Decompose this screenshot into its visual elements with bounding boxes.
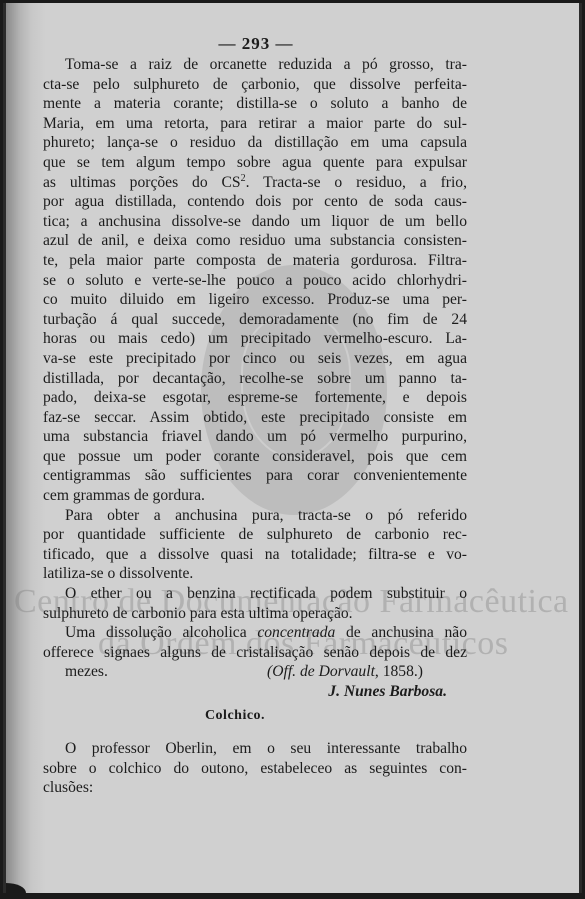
source-line: mezes. (Off. de Dorvault, 1858.) bbox=[43, 662, 467, 682]
text-line: co muito diluido em ligeiro excesso. Pro… bbox=[43, 290, 467, 310]
text-line: Toma-se a raiz de orcanette reduzida a p… bbox=[43, 55, 467, 75]
page-text-body: — 293 — Toma-se a raiz de orcanette redu… bbox=[43, 33, 467, 798]
text-line: phureto; lança-se o residuo da distillaç… bbox=[43, 133, 467, 153]
page-corner-shadow bbox=[6, 883, 26, 893]
source-separator: , bbox=[375, 663, 383, 680]
text-line: Para obter a anchusina pura, tracta-se o… bbox=[43, 506, 467, 526]
text-line: centigrammas são sufficientes para corar… bbox=[43, 466, 467, 486]
text-line: mezes. bbox=[43, 662, 108, 682]
text-line: clusões: bbox=[43, 778, 467, 798]
source-year: 1858. bbox=[383, 663, 418, 680]
paragraph-alcoholic-solution: Uma dissolução alcoholica concentrada de… bbox=[43, 623, 467, 682]
text-line: por agua distillada, contendo dois por c… bbox=[43, 192, 467, 212]
text-line: sulphureto de carbonio para esta ultima … bbox=[43, 604, 467, 624]
text-line: por quantidade sufficiente de sulphureto… bbox=[43, 525, 467, 545]
text-line: turbação á qual succede, demoradamente (… bbox=[43, 310, 467, 330]
text-segment: de anchusina não bbox=[335, 624, 467, 641]
text-line: pado, deixa-se esgotar, espreme-se forte… bbox=[43, 388, 467, 408]
text-line: mente a materia corante; distilla-se o s… bbox=[43, 94, 467, 114]
text-line-with-formula: as ultimas porções do CS2. Tracta-se o r… bbox=[43, 173, 467, 193]
paragraph-pure-anchusina: Para obter a anchusina pura, tracta-se o… bbox=[43, 506, 467, 584]
text-line: uma substancia friavel dando um pó verme… bbox=[43, 427, 467, 447]
text-line: horas ou mais cedo) um precipitado verme… bbox=[43, 329, 467, 349]
paragraph-ether-benzina: O ether ou a benzina rectificada podem s… bbox=[43, 584, 467, 623]
text-line: azul de anil, e deixa como residuo uma s… bbox=[43, 231, 467, 251]
text-line: cta-se pelo sulphureto de çarbonio, que … bbox=[43, 75, 467, 95]
text-line: se o soluto e verte-se-lhe pouco a pouco… bbox=[43, 271, 467, 291]
emphasis-concentrada: concentrada bbox=[257, 624, 335, 641]
text-segment: Uma dissolução alcoholica bbox=[65, 624, 257, 641]
text-line: Maria, em uma retorta, para retirar a ma… bbox=[43, 114, 467, 134]
text-line: va-se este precipitado por cinco ou seis… bbox=[43, 349, 467, 369]
source-title: Off. de Dorvault bbox=[272, 663, 375, 680]
text-line: que se tem algum tempo sobre agua quente… bbox=[43, 153, 467, 173]
text-line: Uma dissolução alcoholica concentrada de… bbox=[43, 623, 467, 643]
text-line: tificado, que a dissolve quasi na totali… bbox=[43, 545, 467, 565]
text-line: sobre o colchico do outono, estabeleceo … bbox=[43, 759, 467, 779]
paragraph-oberlin: O professor Oberlin, em o seu interessan… bbox=[43, 739, 467, 798]
text-line: faz-se seccar. Assim obtido, este precip… bbox=[43, 408, 467, 428]
text-line: que possue um poder corante consideravel… bbox=[43, 447, 467, 467]
source-citation: (Off. de Dorvault, 1858.) bbox=[245, 662, 467, 682]
scanned-page: Centro de Documentação Farmacêutica da O… bbox=[3, 3, 582, 893]
page-number: — 293 — bbox=[45, 33, 467, 55]
text-line: cem grammas de gordura. bbox=[43, 486, 467, 506]
formula-continuation: . Tracta-se o residuo, a frio, bbox=[246, 174, 467, 191]
text-line: O professor Oberlin, em o seu interessan… bbox=[43, 739, 467, 759]
formula-text: as ultimas porções do CS bbox=[43, 174, 241, 191]
section-title-colchico: Colchico. bbox=[43, 706, 467, 726]
paren-close: ) bbox=[418, 663, 423, 680]
text-line: latiliza-se o dissolvente. bbox=[43, 564, 467, 584]
paragraph-orcanette-preparation: Toma-se a raiz de orcanette reduzida a p… bbox=[43, 55, 467, 506]
text-line: tica; a anchusina dissolve-se dando um l… bbox=[43, 212, 467, 232]
text-line: distillada, por decantação, recolhe-se s… bbox=[43, 369, 467, 389]
author-signature: J. Nunes Barbosa. bbox=[43, 682, 467, 702]
text-line: te, pela maior parte composta de materia… bbox=[43, 251, 467, 271]
text-line: offerece signaes alguns de cristalisação… bbox=[43, 643, 467, 663]
text-line: O ether ou a benzina rectificada podem s… bbox=[43, 584, 467, 604]
